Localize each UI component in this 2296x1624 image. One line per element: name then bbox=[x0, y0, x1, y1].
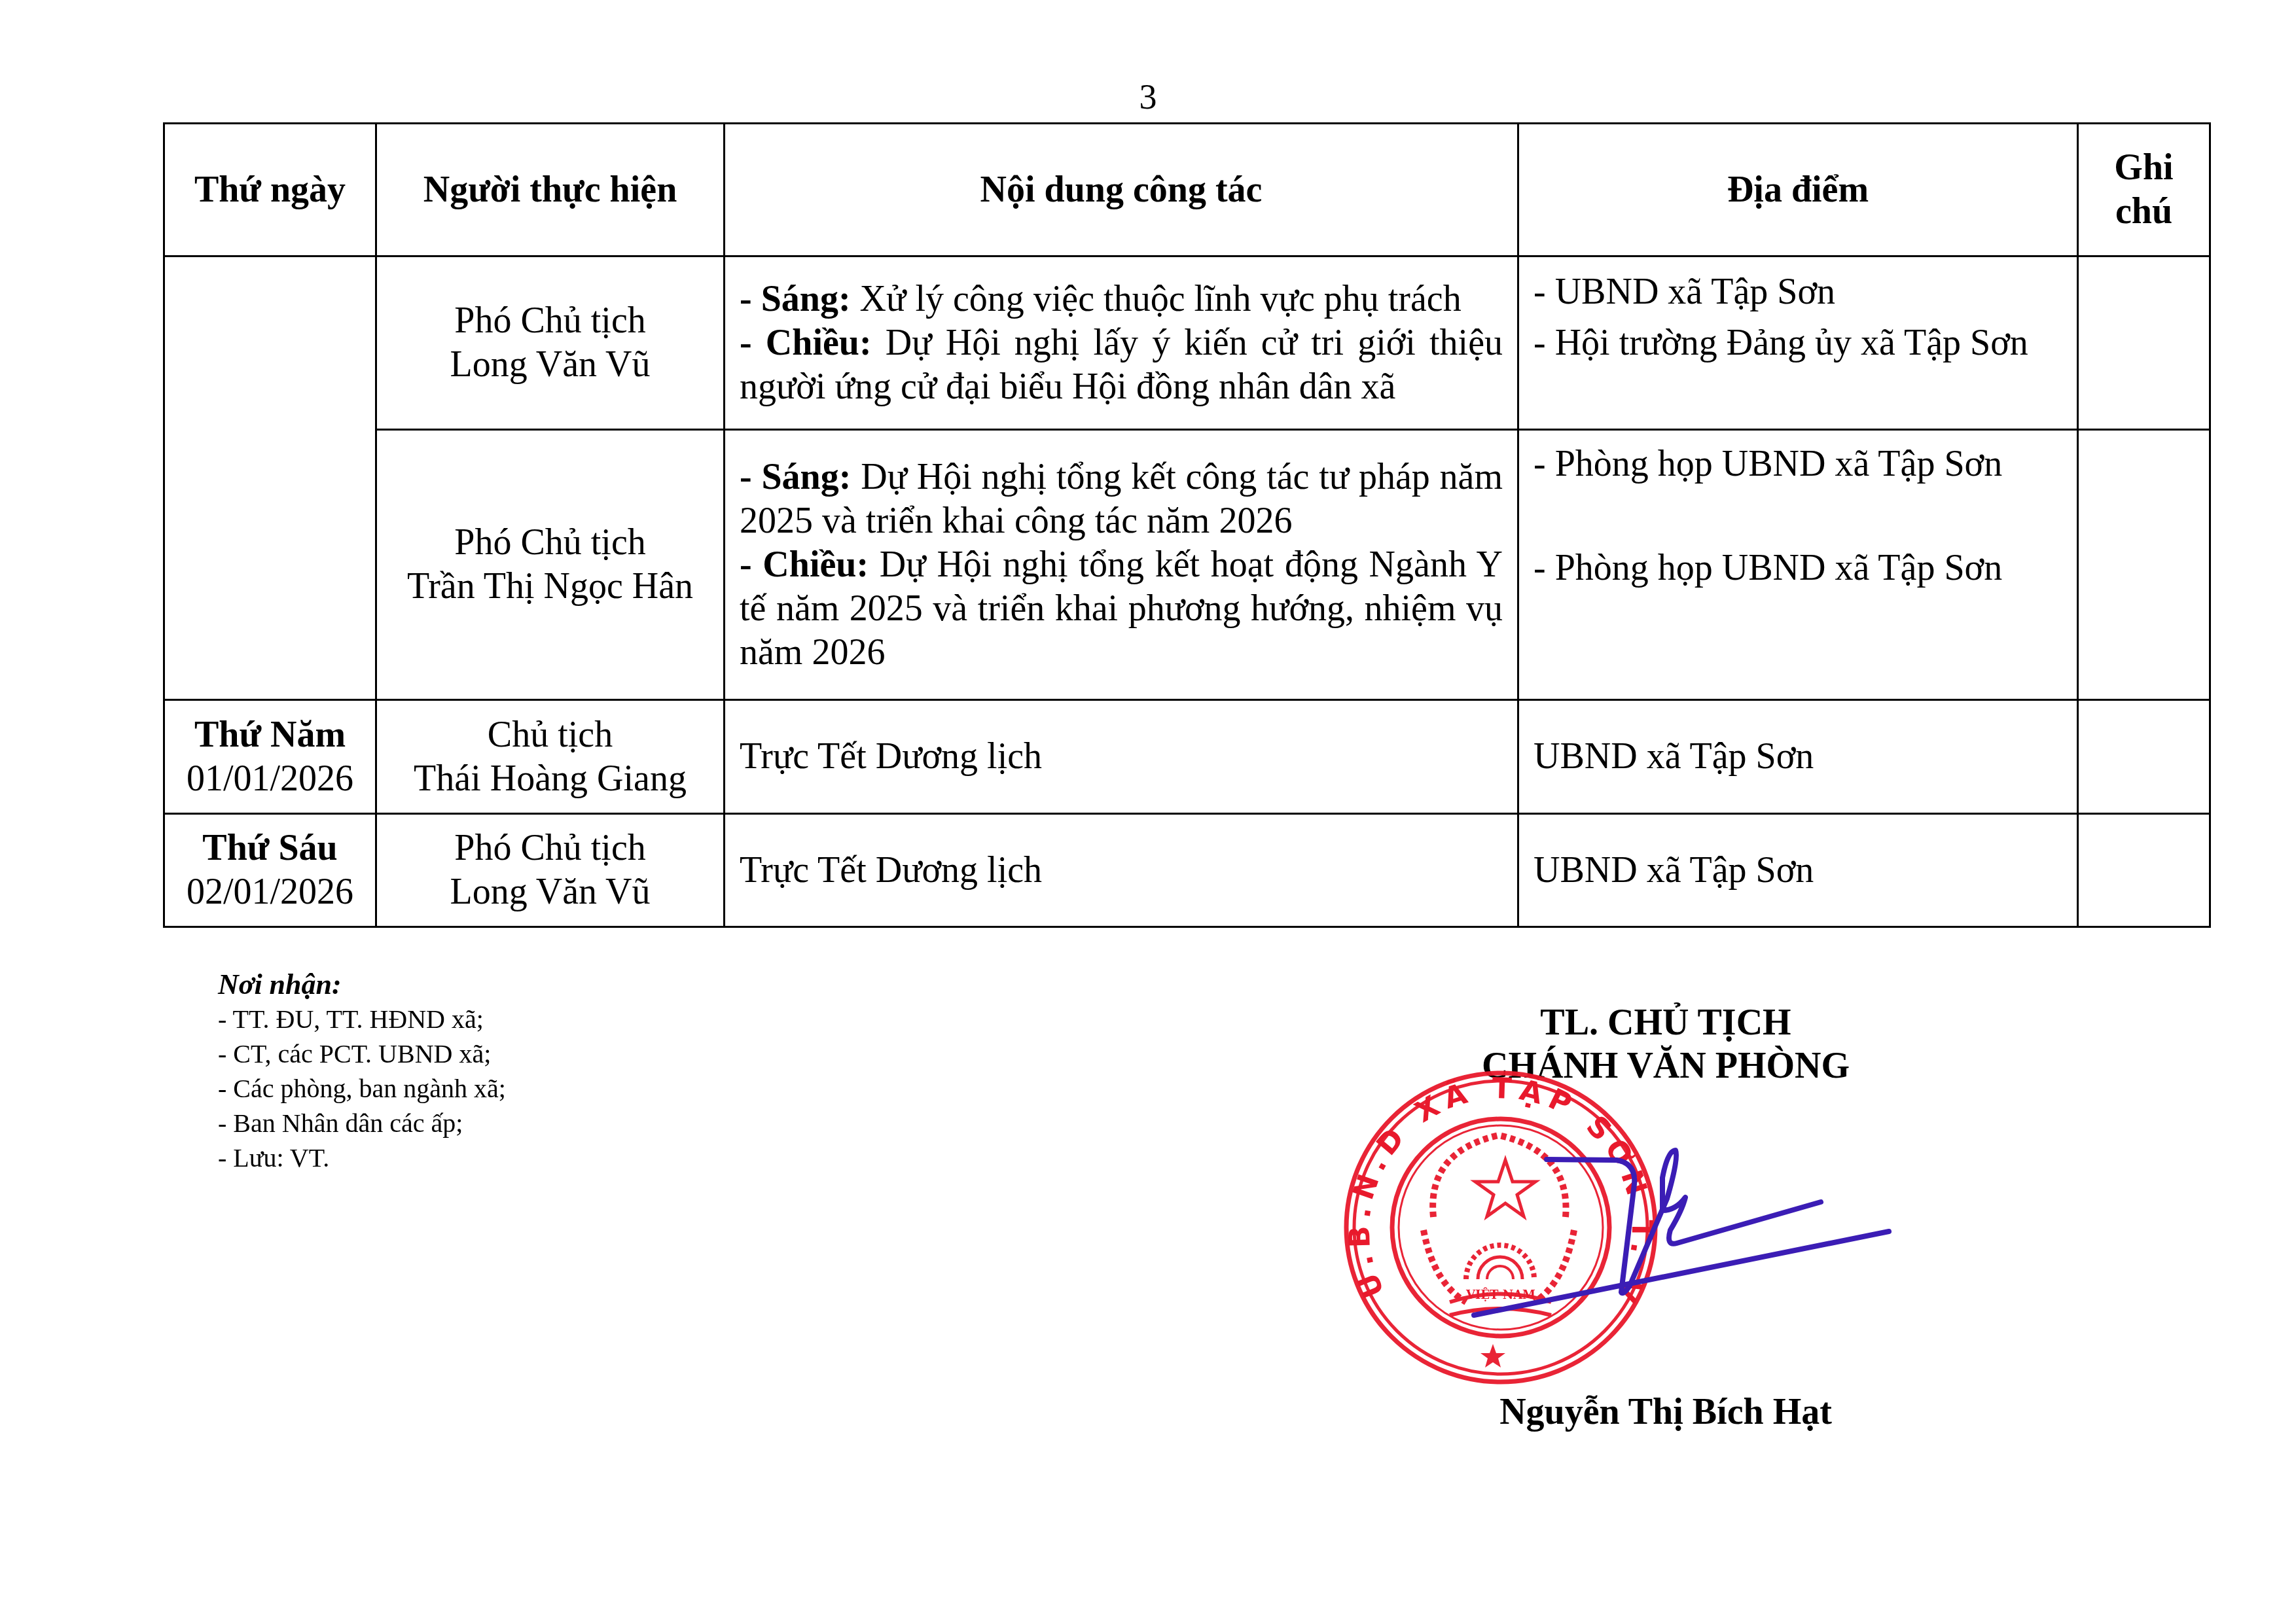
signature-line1: TL. CHỦ TỊCH bbox=[1404, 1001, 1928, 1044]
official-seal-icon bbox=[1346, 1073, 1655, 1382]
afternoon-label: - Chiều: bbox=[740, 544, 869, 585]
morning-label: - Sáng: bbox=[740, 457, 851, 497]
day-cell bbox=[164, 256, 376, 700]
table-header-row: Thứ ngày Người thực hiện Nội dung công t… bbox=[164, 124, 2210, 256]
header-person: Người thực hiện bbox=[376, 124, 725, 256]
content-cell: Trực Tết Dương lịch bbox=[725, 814, 1518, 927]
signer-name: Nguyễn Thị Bích Hạt bbox=[1404, 1390, 1928, 1434]
location-cell: - Phòng họp UBND xã Tập Sơn - Phòng họp … bbox=[1518, 430, 2078, 700]
person-cell: Phó Chủ tịch Long Văn Vũ bbox=[376, 814, 725, 927]
person-name: Thái Hoàng Giang bbox=[377, 757, 723, 801]
location-cell: UBND xã Tập Sơn bbox=[1518, 700, 2078, 814]
content-afternoon: - Chiều: Dự Hội nghị tổng kết hoạt động … bbox=[740, 543, 1503, 675]
table-row: Phó Chủ tịch Long Văn Vũ - Sáng: Xử lý c… bbox=[164, 256, 2210, 430]
recipient-item: - Lưu: VT. bbox=[218, 1140, 506, 1175]
date-label: 02/01/2026 bbox=[165, 870, 375, 914]
signature-title-block: TL. CHỦ TỊCH CHÁNH VĂN PHÒNG bbox=[1404, 1001, 1928, 1087]
header-note-line2: chú bbox=[2079, 190, 2209, 234]
content-morning: - Sáng: Xử lý công việc thuộc lĩnh vực p… bbox=[740, 277, 1503, 321]
location-afternoon: - Phòng họp UBND xã Tập Sơn bbox=[1534, 546, 2062, 590]
location-cell: UBND xã Tập Sơn bbox=[1518, 814, 2078, 927]
header-content: Nội dung công tác bbox=[725, 124, 1518, 256]
recipient-item: - Các phòng, ban ngành xã; bbox=[218, 1071, 506, 1106]
note-cell bbox=[2078, 700, 2210, 814]
recipient-item: - CT, các PCT. UBND xã; bbox=[218, 1036, 506, 1071]
recipients-title: Nơi nhận: bbox=[218, 967, 506, 1002]
person-name: Long Văn Vũ bbox=[377, 343, 723, 387]
content-morning: - Sáng: Dự Hội nghị tổng kết công tác tư… bbox=[740, 455, 1503, 543]
signature-scribble-icon bbox=[1474, 1150, 1889, 1315]
day-cell: Thứ Năm 01/01/2026 bbox=[164, 700, 376, 814]
signature-line2: CHÁNH VĂN PHÒNG bbox=[1404, 1044, 1928, 1087]
table-row: Thứ Năm 01/01/2026 Chủ tịch Thái Hoàng G… bbox=[164, 700, 2210, 814]
header-day: Thứ ngày bbox=[164, 124, 376, 256]
person-title: Phó Chủ tịch bbox=[377, 299, 723, 343]
day-label: Thứ Năm bbox=[165, 713, 375, 757]
morning-text: Xử lý công việc thuộc lĩnh vực phụ trách bbox=[851, 279, 1462, 319]
table-row: Thứ Sáu 02/01/2026 Phó Chủ tịch Long Văn… bbox=[164, 814, 2210, 927]
day-cell: Thứ Sáu 02/01/2026 bbox=[164, 814, 376, 927]
person-title: Phó Chủ tịch bbox=[377, 521, 723, 565]
person-name: Long Văn Vũ bbox=[377, 870, 723, 914]
location-afternoon: - Hội trường Đảng ủy xã Tập Sơn bbox=[1534, 321, 2062, 365]
location-cell: - UBND xã Tập Sơn - Hội trường Đảng ủy x… bbox=[1518, 256, 2078, 430]
header-note: Ghi chú bbox=[2078, 124, 2210, 256]
person-cell: Phó Chủ tịch Trần Thị Ngọc Hân bbox=[376, 430, 725, 700]
note-cell bbox=[2078, 256, 2210, 430]
table-row: Phó Chủ tịch Trần Thị Ngọc Hân - Sáng: D… bbox=[164, 430, 2210, 700]
content-cell: - Sáng: Dự Hội nghị tổng kết công tác tư… bbox=[725, 430, 1518, 700]
morning-label: - Sáng: bbox=[740, 279, 851, 319]
header-note-line1: Ghi bbox=[2079, 146, 2209, 190]
recipient-item: - Ban Nhân dân các ấp; bbox=[218, 1106, 506, 1140]
recipient-item: - TT. ĐU, TT. HĐND xã; bbox=[218, 1002, 506, 1036]
content-afternoon: - Chiều: Dự Hội nghị lấy ý kiến cử tri g… bbox=[740, 321, 1503, 409]
person-cell: Phó Chủ tịch Long Văn Vũ bbox=[376, 256, 725, 430]
location-morning: - Phòng họp UBND xã Tập Sơn bbox=[1534, 442, 2062, 486]
morning-text: Dự Hội nghị tổng kết công tác tư pháp nă… bbox=[740, 457, 1503, 541]
day-label: Thứ Sáu bbox=[165, 826, 375, 870]
afternoon-label: - Chiều: bbox=[740, 323, 872, 363]
note-cell bbox=[2078, 430, 2210, 700]
content-cell: - Sáng: Xử lý công việc thuộc lĩnh vực p… bbox=[725, 256, 1518, 430]
content-cell: Trực Tết Dương lịch bbox=[725, 700, 1518, 814]
page-number: 3 bbox=[1109, 77, 1187, 116]
note-cell bbox=[2078, 814, 2210, 927]
person-cell: Chủ tịch Thái Hoàng Giang bbox=[376, 700, 725, 814]
recipients-block: Nơi nhận: - TT. ĐU, TT. HĐND xã; - CT, c… bbox=[218, 967, 506, 1175]
work-schedule-table: Thứ ngày Người thực hiện Nội dung công t… bbox=[163, 122, 2211, 928]
date-label: 01/01/2026 bbox=[165, 757, 375, 801]
person-title: Phó Chủ tịch bbox=[377, 826, 723, 870]
location-morning: - UBND xã Tập Sơn bbox=[1534, 270, 2062, 314]
person-name: Trần Thị Ngọc Hân bbox=[377, 565, 723, 609]
person-title: Chủ tịch bbox=[377, 713, 723, 757]
header-location: Địa điểm bbox=[1518, 124, 2078, 256]
seal-emblem-text: VIỆT NAM bbox=[1465, 1287, 1535, 1302]
